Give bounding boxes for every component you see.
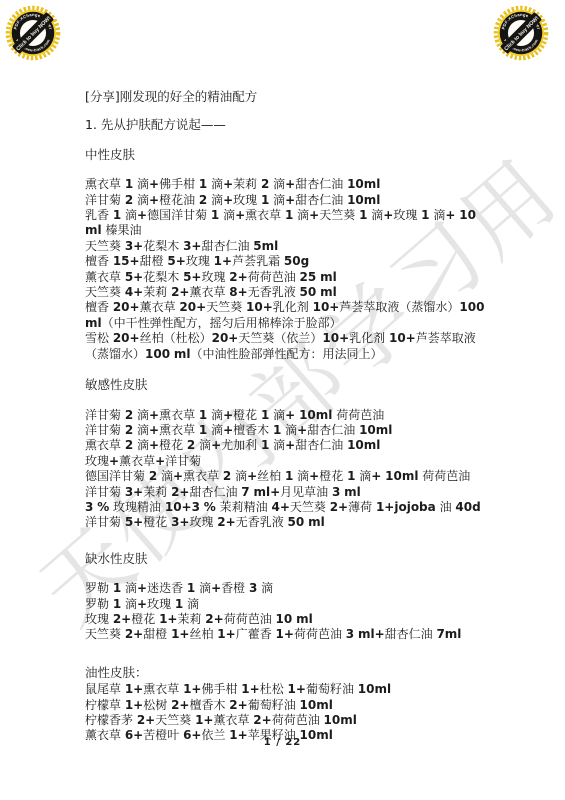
recipe-list: 鼠尾草 1+熏衣草 1+佛手柑 1+杜松 1+葡萄籽油 10ml柠檬草 1+松树… (85, 682, 487, 744)
recipe-line: 罗勒 1 滴+迷迭香 1 滴+香橙 3 滴 (85, 581, 487, 596)
recipe-line: 玫瑰+薰衣草+洋甘菊 (85, 454, 487, 469)
recipe-line: 玫瑰 2+橙花 1+茉莉 2+荷荷芭油 10 ml (85, 612, 487, 627)
recipe-line: 熏衣草 1 滴+佛手柑 1 滴+茉莉 2 滴+甜杏仁油 10ml (85, 177, 487, 192)
recipe-line: 柠檬草 1+松树 2+檀香木 2+葡萄籽油 10ml (85, 698, 487, 713)
recipe-line: 鼠尾草 1+熏衣草 1+佛手柑 1+杜松 1+葡萄籽油 10ml (85, 682, 487, 697)
skin-section-1: 中性皮肤熏衣草 1 滴+佛手柑 1 滴+茉莉 2 滴+甜杏仁油 10ml洋甘菊 … (85, 147, 487, 362)
recipe-line: 熏衣草 2 滴+橙花 2 滴+尤加利 1 滴+甜杏仁油 10ml (85, 438, 487, 453)
recipe-line: 洋甘菊 2 滴+熏衣草 1 滴+檀香木 1 滴+甜杏仁油 10ml (85, 423, 487, 438)
skin-type-heading: 油性皮肤： (85, 665, 487, 680)
recipe-line: 柠檬香茅 2+天竺葵 1+薰衣草 2+荷荷芭油 10ml (85, 713, 487, 728)
page-title: [分享]刚发现的好全的精油配方 (85, 89, 487, 104)
document-content: [分享]刚发现的好全的精油配方 1. 先从护肤配方说起—— 中性皮肤熏衣草 1 … (85, 89, 487, 744)
recipe-list: 洋甘菊 2 滴+熏衣草 1 滴+橙花 1 滴+ 10ml 荷荷芭油洋甘菊 2 滴… (85, 408, 487, 531)
recipe-line: 乳香 1 滴+德国洋甘菊 1 滴+熏衣草 1 滴+天竺葵 1 滴+玫瑰 1 滴+… (85, 208, 487, 239)
recipe-line: 檀香 15+甜橙 5+玫瑰 1+芦荟乳霜 50g (85, 254, 487, 269)
recipe-line: 洋甘菊 5+橙花 3+玫瑰 2+无香乳液 50 ml (85, 515, 487, 530)
recipe-line: 洋甘菊 2 滴+熏衣草 1 滴+橙花 1 滴+ 10ml 荷荷芭油 (85, 408, 487, 423)
recipe-line: 德国洋甘菊 2 滴+熏衣草 2 滴+丝柏 1 滴+橙花 1 滴+ 10ml 荷荷… (85, 469, 487, 484)
skin-section-4: 油性皮肤：鼠尾草 1+熏衣草 1+佛手柑 1+杜松 1+葡萄籽油 10ml柠檬草… (85, 665, 487, 744)
skin-section-3: 缺水性皮肤罗勒 1 滴+迷迭香 1 滴+香橙 3 滴罗勒 1 滴+玫瑰 1 滴玫… (85, 551, 487, 643)
recipe-line: 3 % 玫瑰精油 10+3 % 茉莉精油 4+天竺葵 2+薄荷 1+jojoba… (85, 500, 487, 515)
recipe-line: 天竺葵 4+茉莉 2+薰衣草 8+无香乳液 50 ml (85, 285, 487, 300)
recipe-line: 洋甘菊 2 滴+橙花油 2 滴+玫瑰 1 滴+甜杏仁油 10ml (85, 193, 487, 208)
sections: 中性皮肤熏衣草 1 滴+佛手柑 1 滴+茉莉 2 滴+甜杏仁油 10ml洋甘菊 … (85, 147, 487, 744)
section-1-heading: 1. 先从护肤配方说起—— (85, 117, 487, 132)
recipe-line: 天竺葵 3+花梨木 3+甜杏仁油 5ml (85, 239, 487, 254)
recipe-line: 薰衣草 5+花梨木 5+玫瑰 2+荷荷芭油 25 ml (85, 270, 487, 285)
pdf-xchange-stamp-icon: PDF-XChange Viewer www.docu-track.com Cl… (4, 4, 62, 62)
skin-type-heading: 缺水性皮肤 (85, 551, 487, 566)
pdf-page: 天使内部学习用 PDF-XChange Viewer www.docu-trac… (0, 0, 565, 800)
skin-section-2: 敏感性皮肤洋甘菊 2 滴+熏衣草 1 滴+橙花 1 滴+ 10ml 荷荷芭油洋甘… (85, 377, 487, 531)
recipe-line: 罗勒 1 滴+玫瑰 1 滴 (85, 597, 487, 612)
pdf-xchange-stamp[interactable]: PDF-XChange Viewer www.docu-track.com Cl… (4, 4, 62, 62)
pdf-xchange-stamp-icon: PDF-XChange Viewer www.docu-track.com Cl… (492, 4, 550, 62)
recipe-line: 洋甘菊 3+茉莉 2+甜杏仁油 7 ml+月见草油 3 ml (85, 485, 487, 500)
recipe-list: 罗勒 1 滴+迷迭香 1 滴+香橙 3 滴罗勒 1 滴+玫瑰 1 滴玫瑰 2+橙… (85, 581, 487, 643)
recipe-line: 雪松 20+丝柏（杜松）20+天竺葵（依兰）10+乳化剂 10+芦荟萃取液（蒸馏… (85, 331, 487, 362)
recipe-list: 熏衣草 1 滴+佛手柑 1 滴+茉莉 2 滴+甜杏仁油 10ml洋甘菊 2 滴+… (85, 177, 487, 362)
skin-type-heading: 中性皮肤 (85, 147, 487, 162)
page-number: 1 / 22 (0, 737, 565, 748)
pdf-xchange-stamp[interactable]: PDF-XChange Viewer www.docu-track.com Cl… (492, 4, 550, 62)
recipe-line: 天竺葵 2+甜橙 1+丝柏 1+广藿香 1+荷荷芭油 3 ml+甜杏仁油 7ml (85, 627, 487, 642)
recipe-line: 檀香 20+薰衣草 20+天竺葵 10+乳化剂 10+芦荟萃取液（蒸馏水）100… (85, 300, 487, 331)
skin-type-heading: 敏感性皮肤 (85, 377, 487, 392)
